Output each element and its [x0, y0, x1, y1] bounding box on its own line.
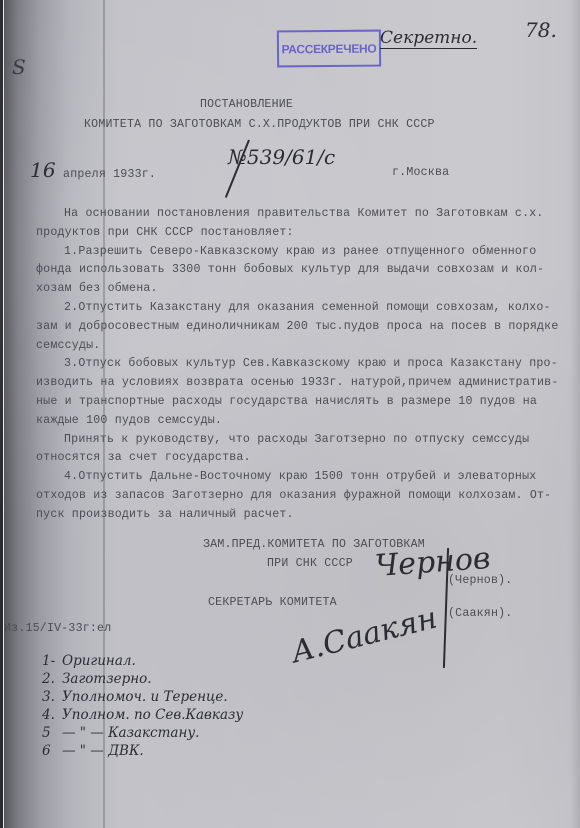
deputy-title-line2: ПРИ СНК СССР: [267, 557, 353, 570]
body-line: каждые 100 пудов семссуды.: [36, 412, 576, 431]
reference-code: Из.15/IV-33г:ел: [4, 622, 111, 635]
distribution-number: 5: [42, 724, 62, 742]
deputy-name: (Чернов).: [448, 574, 512, 587]
declassified-stamp: РАССЕКРЕЧЕНО: [277, 30, 381, 68]
secret-note-text: Секретно.: [380, 28, 477, 49]
page-number: 78.: [525, 18, 557, 42]
body-line: 3.Отпуск бобовых культур Сев.Кавказскому…: [36, 355, 576, 374]
body-line: 1.Разрешить Северо-Кавказскому краю из р…: [36, 243, 576, 262]
distribution-item: 1-Оригинал.: [42, 652, 243, 670]
secretary-title: СЕКРЕТАРЬ КОМИТЕТА: [208, 596, 337, 609]
body-line: 2.Отпустить Казакстану для оказания семе…: [36, 299, 576, 318]
secretary-signature: А.Саакян: [288, 601, 441, 671]
margin-mark: S: [12, 55, 26, 79]
distribution-list: 1-Оригинал.2.Заготзерно.3.Уполномоч. и Т…: [42, 652, 243, 760]
distribution-number: 3.: [42, 688, 62, 706]
secretary-name: (Саакян).: [448, 607, 512, 620]
date-month-year: апреля 1933г.: [63, 168, 156, 181]
document-date: 16 апреля 1933г.: [30, 158, 156, 182]
body-line: Принять к руководству, что расходы Загот…: [36, 431, 576, 450]
distribution-number: 1-: [42, 652, 62, 670]
secret-handwritten-note: Секретно.: [380, 28, 477, 48]
body-line: изводить на условиях возврата осенью 193…: [36, 374, 576, 393]
body-line: зам и добросовестным единоличникам 200 т…: [36, 318, 576, 337]
distribution-item: 4.Уполном. по Сев.Кавказу: [42, 706, 243, 724]
body-line: отходов из запасов Заготзерно для оказан…: [36, 487, 576, 506]
body-line: хозам без обмена.: [36, 280, 576, 299]
document-city: г.Москва: [392, 166, 449, 179]
distribution-recipient: Уполномоч. и Теренце.: [62, 689, 228, 705]
document-subtitle: КОМИТЕТА ПО ЗАГОТОВКАМ С.Х.ПРОДУКТОВ ПРИ…: [84, 118, 435, 131]
document-page: S РАССЕКРЕЧЕНО Секретно. 78. ПОСТАНОВЛЕН…: [0, 0, 580, 828]
distribution-recipient: Уполном. по Сев.Кавказу: [62, 707, 243, 723]
distribution-item: 3.Уполномоч. и Теренце.: [42, 688, 243, 706]
body-line: ные и транспортные расходы государства н…: [36, 393, 576, 412]
distribution-recipient: Оригинал.: [62, 653, 136, 669]
body-line: На основании постановления правительства…: [36, 205, 576, 224]
distribution-item: 2.Заготзерно.: [42, 670, 243, 688]
resolution-body: На основании постановления правительства…: [36, 205, 576, 525]
document-title: ПОСТАНОВЛЕНИЕ: [200, 98, 293, 111]
body-line: продуктов при СНК СССР постановляет:: [36, 224, 576, 243]
distribution-number: 2.: [42, 670, 62, 688]
distribution-item: 6— " — ДВК.: [42, 742, 243, 760]
body-line: 4.Отпустить Дальне-Восточному краю 1500 …: [36, 468, 576, 487]
body-line: относятся за счет государства.: [36, 449, 576, 468]
distribution-item: 5— " — Казакстану.: [42, 724, 243, 742]
body-line: пуск производить за наличный расчет.: [36, 506, 576, 525]
distribution-number: 6: [42, 742, 62, 760]
distribution-recipient: — " — ДВК.: [62, 743, 144, 759]
distribution-recipient: Заготзерно.: [62, 671, 152, 687]
body-line: фонда использовать 3300 тонн бобовых кул…: [36, 261, 576, 280]
body-line: семссуды.: [36, 337, 576, 356]
distribution-recipient: — " — Казакстану.: [62, 725, 199, 741]
date-day: 16: [30, 158, 56, 182]
distribution-number: 4.: [42, 706, 62, 724]
